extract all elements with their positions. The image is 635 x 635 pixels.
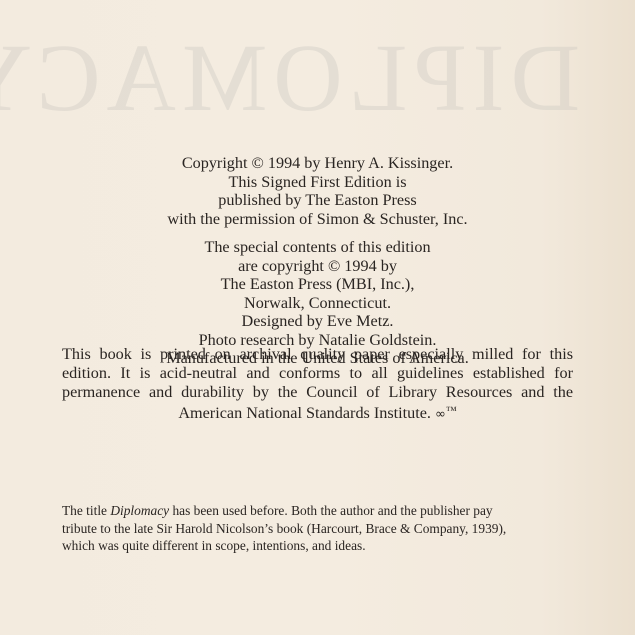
title-note-rest: has been used before. Both the author an…: [169, 503, 493, 518]
permanent-paper-icon: ∞: [435, 407, 446, 422]
title-note-line: tribute to the late Sir Harold Nicolson’…: [62, 520, 574, 538]
special-contents-block: The special contents of this edition are…: [0, 238, 635, 312]
title-note-prefix: The title: [62, 503, 110, 518]
paper-notice-line: American National Standards Institute.: [178, 404, 435, 422]
special-contents-line: The special contents of this edition: [0, 238, 635, 257]
copyright-line: Copyright © 1994 by Henry A. Kissinger.: [0, 154, 635, 173]
credits-line: Designed by Eve Metz.: [0, 312, 635, 331]
paper-notice: This book is printed on archival quality…: [62, 345, 573, 424]
copyright-line: published by The Easton Press: [0, 191, 635, 210]
copyright-block: Copyright © 1994 by Henry A. Kissinger. …: [0, 154, 635, 228]
copyright-line: This Signed First Edition is: [0, 173, 635, 192]
paper-notice-line: permanence and durability by the Council…: [62, 383, 573, 401]
copyright-line: with the permission of Simon & Schuster,…: [0, 210, 635, 229]
special-contents-line: Norwalk, Connecticut.: [0, 294, 635, 313]
special-contents-line: The Easton Press (MBI, Inc.),: [0, 275, 635, 294]
title-note-line: which was quite different in scope, inte…: [62, 537, 574, 555]
paper-notice-line: This book is printed on archival quality…: [62, 345, 573, 363]
trademark-symbol: ™: [446, 405, 457, 417]
paper-notice-line: edition. It is acid-neutral and conforms…: [62, 364, 573, 382]
title-note-line: The title Diplomacy has been used before…: [62, 502, 574, 520]
title-note: The title Diplomacy has been used before…: [62, 502, 574, 555]
show-through-title: DIPLOMACY: [40, 22, 580, 133]
special-contents-line: are copyright © 1994 by: [0, 257, 635, 276]
book-title: Diplomacy: [110, 503, 169, 518]
